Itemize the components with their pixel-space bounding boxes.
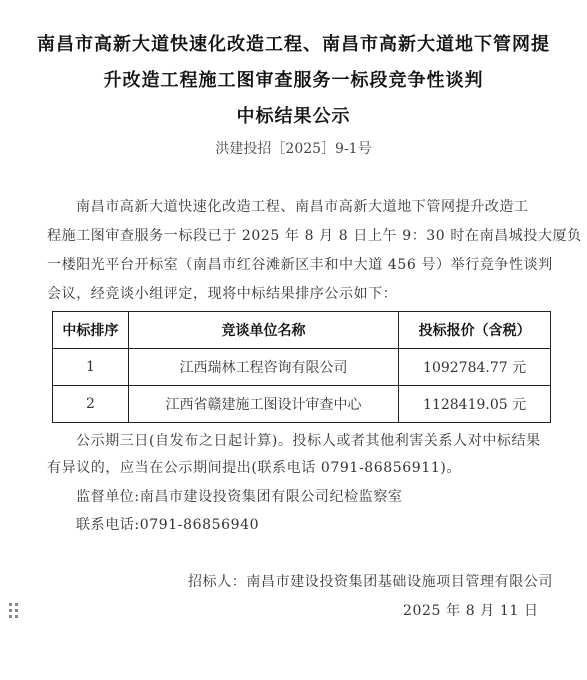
cell-price: 1128419.05 元 <box>399 386 551 423</box>
drag-handle-icon[interactable] <box>9 603 19 619</box>
notice-line-1: 公示期三日(自发布之日起计算)。投标人或者其他利害关系人对中标结果 <box>76 430 541 450</box>
contact-line: 联系电话:0791-86856940 <box>76 514 259 534</box>
table-row: 2 江西省赣建施工图设计审查中心 1128419.05 元 <box>53 386 551 423</box>
supervisor-line: 监督单位:南昌市建设投资集团有限公司纪检监察室 <box>76 486 403 506</box>
intro-line-1: 南昌市高新大道快速化改造工程、南昌市高新大道地下管网提升改造工 <box>76 196 529 216</box>
tenderer-signature: 招标人：南昌市建设投资集团基础设施项目管理有限公司 <box>188 571 553 591</box>
cell-rank: 2 <box>53 386 129 423</box>
table-header-row: 中标排序 竞谈单位名称 投标报价（含税） <box>53 312 551 349</box>
header-price: 投标报价（含税） <box>399 312 551 349</box>
notice-line-2: 有异议的，应当在公示期间提出(联系电话 0791-86856911)。 <box>47 457 461 477</box>
intro-line-4: 会议，经竞谈小组评定，现将中标结果排序公示如下： <box>47 283 397 303</box>
cell-rank: 1 <box>53 349 129 386</box>
intro-line-3: 一楼阳光平台开标室（南昌市红谷滩新区丰和中大道 456 号）举行竞争性谈判 <box>47 254 553 274</box>
title-line-1: 南昌市高新大道快速化改造工程、南昌市高新大道地下管网提 <box>0 30 587 56</box>
cell-name: 江西省赣建施工图设计审查中心 <box>128 386 398 423</box>
results-table: 中标排序 竞谈单位名称 投标报价（含税） 1 江西瑞林工程咨询有限公司 1092… <box>52 311 551 423</box>
signature-date: 2025 年 8 月 11 日 <box>403 600 539 620</box>
header-rank: 中标排序 <box>53 312 129 349</box>
table-row: 1 江西瑞林工程咨询有限公司 1092784.77 元 <box>53 349 551 386</box>
title-line-3: 中标结果公示 <box>0 102 587 128</box>
intro-line-2: 程施工图审查服务一标段已于 2025 年 8 月 8 日上午 9：30 时在南昌… <box>47 225 582 245</box>
document-number: 洪建投招［2025］9-1号 <box>0 138 587 158</box>
title-line-2: 升改造工程施工图审查服务一标段竞争性谈判 <box>0 66 587 92</box>
header-name: 竞谈单位名称 <box>128 312 398 349</box>
cell-price: 1092784.77 元 <box>399 349 551 386</box>
cell-name: 江西瑞林工程咨询有限公司 <box>128 349 398 386</box>
